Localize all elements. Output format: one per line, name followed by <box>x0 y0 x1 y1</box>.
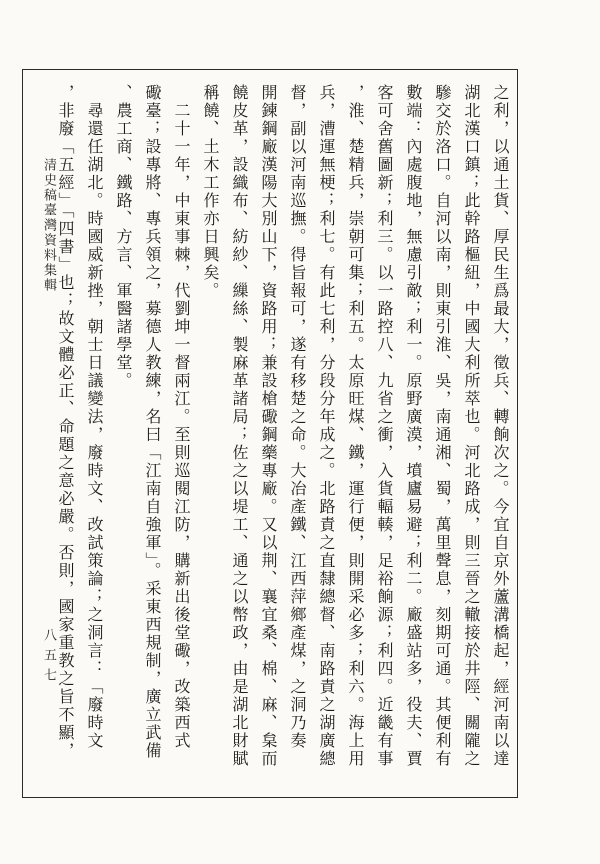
scanned-book-page: 清史稿臺灣資料集輯 八五七 之利，以通土貨、厚民生爲最大，徵兵、轉餉次之。今宜自… <box>0 0 600 864</box>
text-column-8: 督，副以河南巡撫。得旨報可，遂有移楚之命。大冶產鐵、江西萍鄉產煤，之洞乃奏 <box>282 84 311 784</box>
text-column-16: ，非廢「五經」「四書」也；故文體必正、命題之意必嚴。否則，國家重教之旨不顯， <box>50 84 79 784</box>
text-column-13: 礮臺；設專將、專兵領之，募德人教練，名曰「江南自強軍」。采東西規制，廣立武備 <box>137 84 166 784</box>
text-column-10: 饒皮革，設織布、紡紗、繅絲、製麻革諸局；佐之以堤工、通之以幣政，由是湖北財賦 <box>224 84 253 784</box>
text-column-12: 二十一年，中東事棘，代劉坤一督兩江。至則巡閱江防，購新出後堂礮，改築西式 <box>166 84 195 784</box>
text-column-4: 數端：內處腹地，無慮引敵；利一。原野廣漠，墳廬易避；利二。廠盛站多，役夫、賈 <box>398 84 427 784</box>
text-column-1: 之利，以通土貨、厚民生爲最大，徵兵、轉餉次之。今宜自京外蘆溝橋起，經河南以達 <box>485 84 514 784</box>
text-column-11: 稱饒、土木工作亦日興矣。 <box>195 84 224 784</box>
text-column-3: 驂交於洛口。自河以南，則東引淮、吳，南通湘、蜀，萬里聲息，刻期可通。其便利有 <box>427 84 456 784</box>
body-text: 之利，以通土貨、厚民生爲最大，徵兵、轉餉次之。今宜自京外蘆溝橋起，經河南以達 湖… <box>50 84 514 800</box>
text-column-15: 尋還任湖北。時國威新挫，朝士日議變法，廢時文、改試策論；之洞言：「廢時文 <box>79 84 108 784</box>
text-column-7: 兵，漕運無梗；利七。有此七利，分段分年成之。北路責之直隸總督、南路責之湖廣總 <box>311 84 340 784</box>
text-column-5: 客可舍舊圖新；利三。以一路控八、九省之衝，入貨輻輳，足裕餉源；利四。近畿有事 <box>369 84 398 784</box>
text-column-9: 開鍊鋼廠漢陽大別山下，資路用；兼設槍礮鋼藥專廠。又以荆、襄宜桑、棉、麻、枲而 <box>253 84 282 784</box>
text-column-2: 湖北漢口鎮；此幹路樞紐，中國大利所萃也。河北路成，則三晉之轍接於井陘、關隴之 <box>456 84 485 784</box>
text-column-14: 、農工商、鐵路、方言、軍醫諸學堂。 <box>108 84 137 784</box>
text-column-6: ，淮、楚精兵，崇朝可集；利五。太原旺煤、鐵，運行便，則開采必多；利六。海上用 <box>340 84 369 784</box>
